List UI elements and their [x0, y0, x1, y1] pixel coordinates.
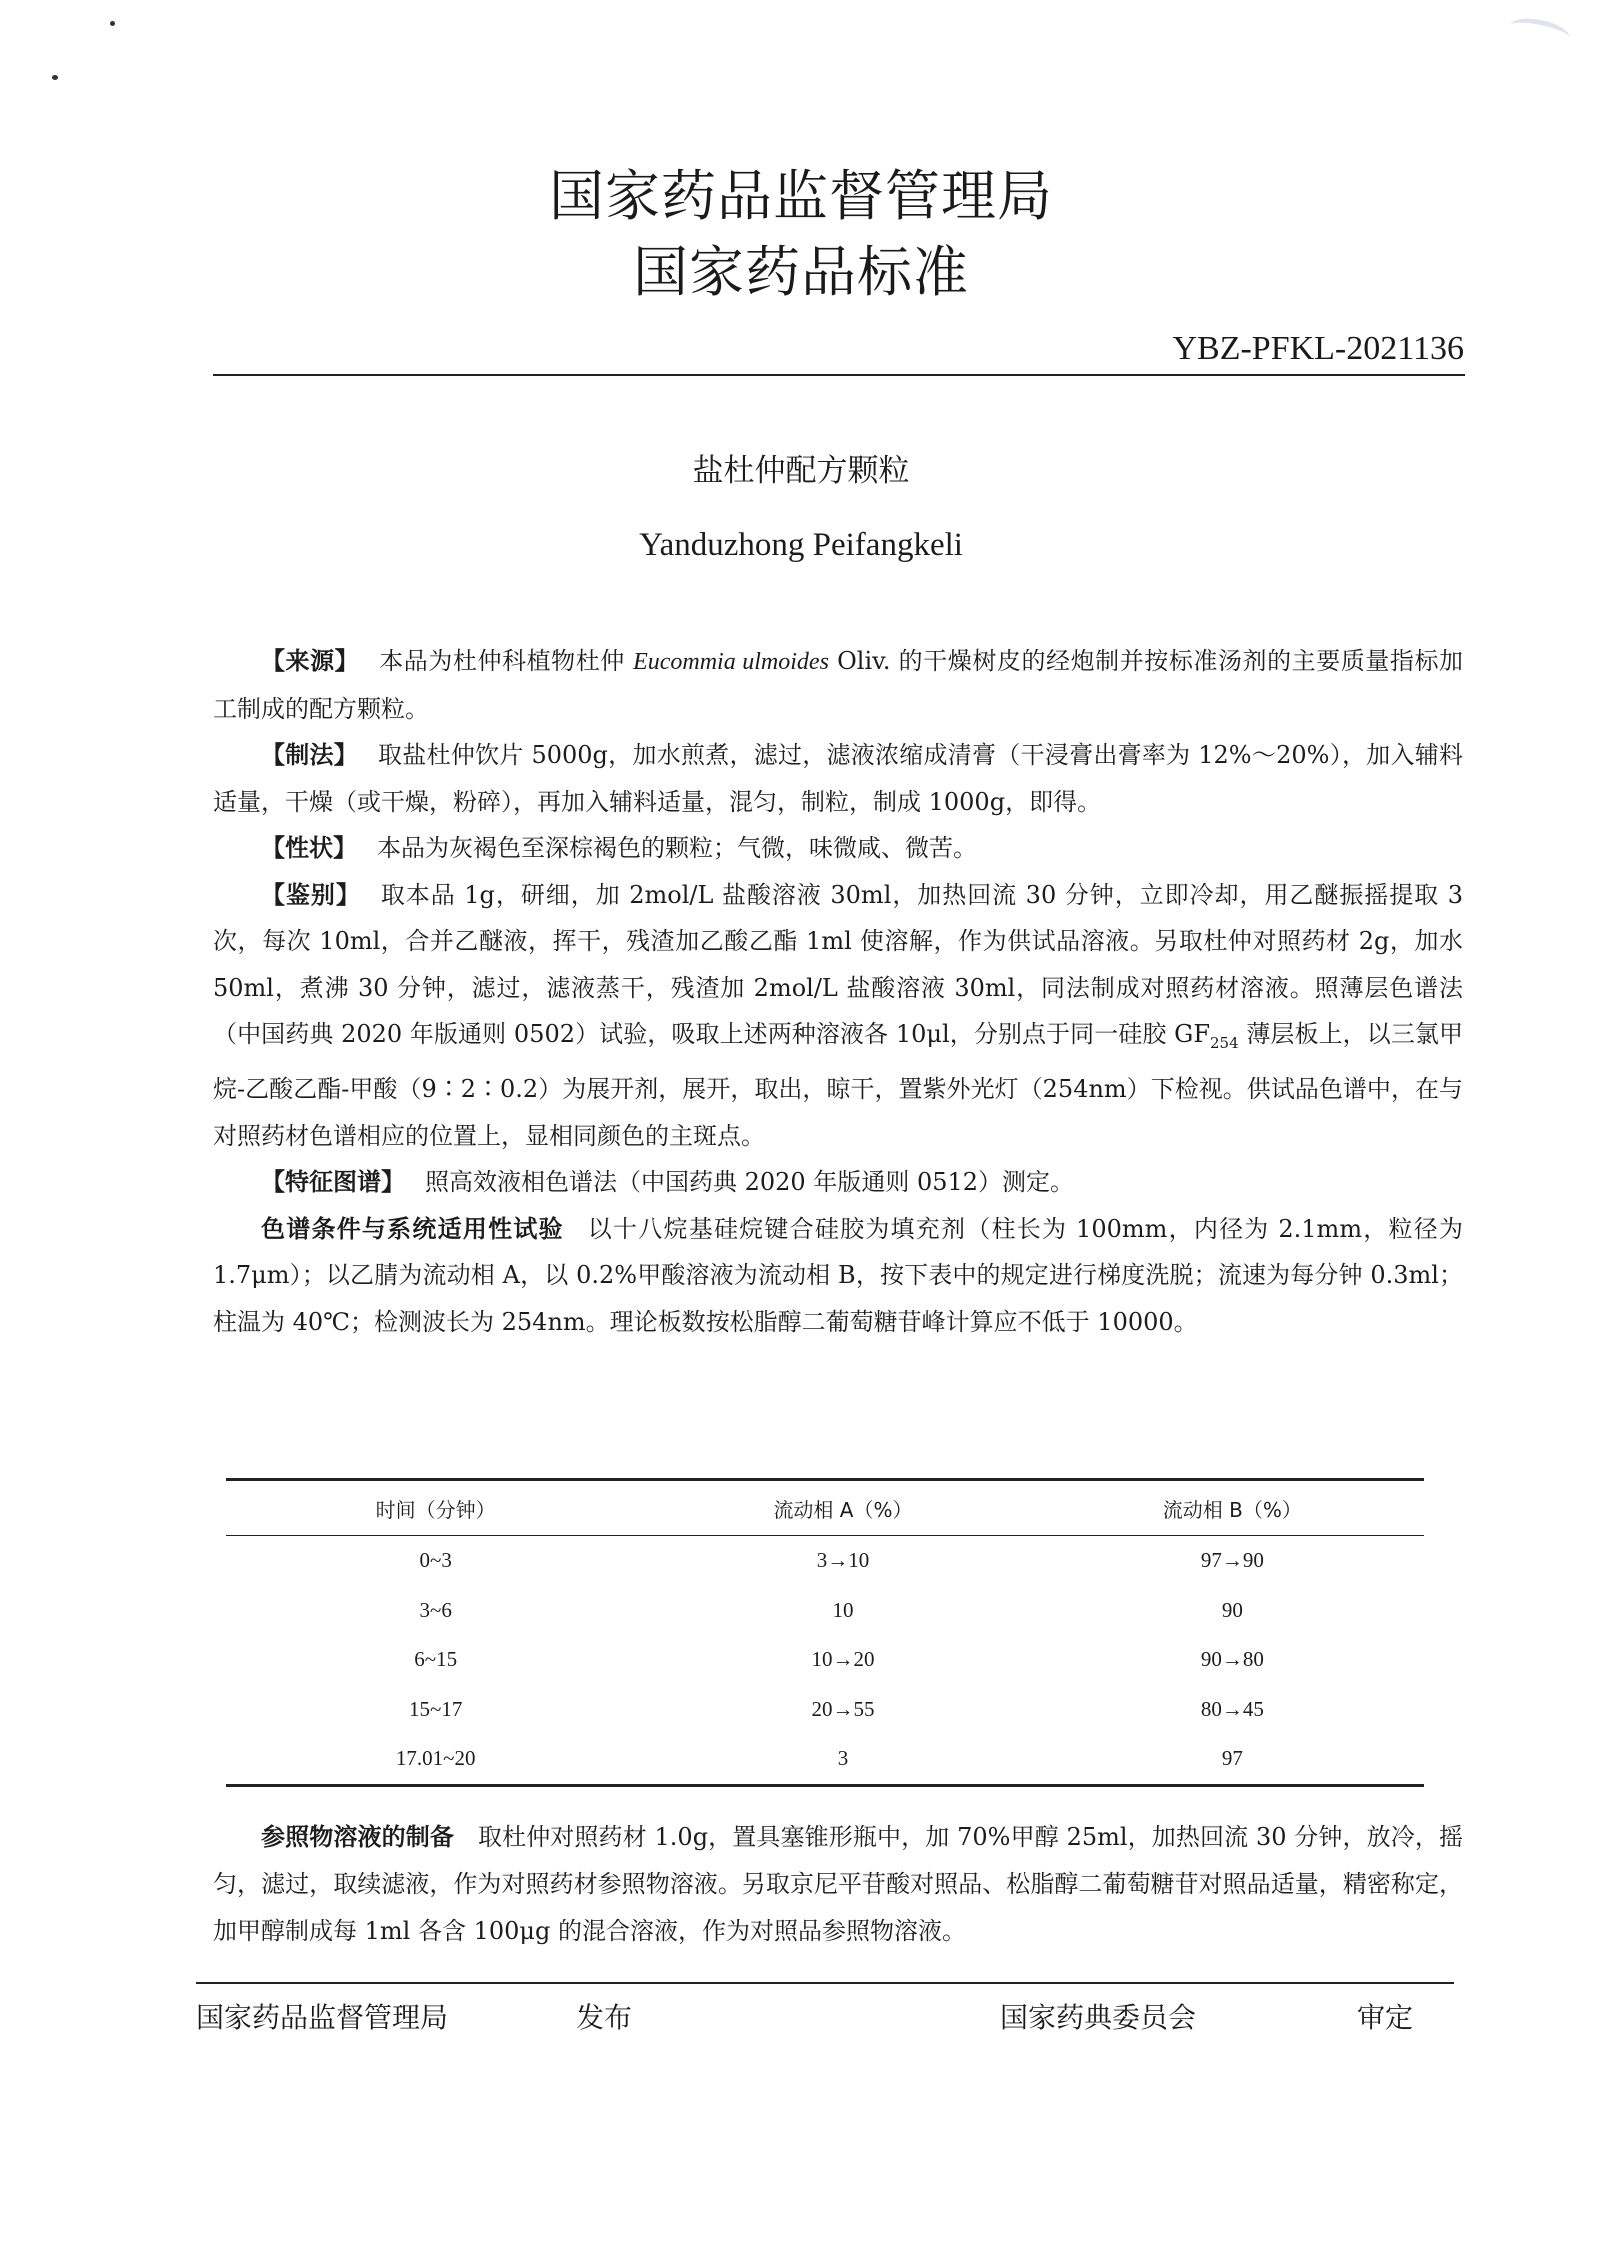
issuer-title: 国家药品监督管理局 — [0, 152, 1602, 231]
table-row: 6~15 10→20 90→80 — [226, 1635, 1424, 1685]
scan-speck — [52, 75, 58, 80]
section-description: 【性状】本品为灰褐色至深棕褐色的颗粒；气微，味微咸、微苦。 — [213, 825, 1463, 872]
scan-speck — [110, 21, 115, 26]
table-row: 15~17 20→55 80→45 — [226, 1685, 1424, 1735]
section-reference-solution: 参照物溶液的制备取杜仲对照药材 1.0g，置具塞锥形瓶中，加 70%甲醇 25m… — [213, 1814, 1463, 1955]
table-header-row: 时间（分钟） 流动相 A（%） 流动相 B（%） — [226, 1480, 1424, 1536]
product-name-cn: 盐杜仲配方颗粒 — [0, 445, 1602, 490]
section-label: 色谱条件与系统适用性试验 — [261, 1215, 564, 1243]
gradient-elution-table: 时间（分钟） 流动相 A（%） 流动相 B（%） 0~3 3→10 97→90 … — [226, 1478, 1424, 1787]
standard-number: YBZ-PFKL-2021136 — [1172, 330, 1464, 368]
section-label: 【来源】 — [261, 647, 359, 675]
section-preparation: 【制法】取盐杜仲饮片 5000g，加水煎煮，滤过，滤液浓缩成清膏（干浸膏出膏率为… — [213, 732, 1463, 825]
section-chromatographic-conditions: 色谱条件与系统适用性试验以十八烷基硅烷键合硅胶为填充剂（柱长为 100mm，内径… — [213, 1206, 1463, 1346]
section-label: 参照物溶液的制备 — [261, 1823, 454, 1851]
column-header-time: 时间（分钟） — [226, 1480, 645, 1536]
column-header-phase-a: 流动相 A（%） — [645, 1480, 1040, 1536]
latin-name: Eucommia ulmoides — [633, 649, 829, 675]
footer-reviewer: 国家药典委员会 — [1000, 1996, 1196, 2036]
footer-publisher: 国家药品监督管理局 — [196, 1996, 448, 2036]
document-type-title: 国家药品标准 — [0, 228, 1602, 307]
section-label: 【制法】 — [261, 741, 358, 769]
table-row: 0~3 3→10 97→90 — [226, 1536, 1424, 1586]
table-row: 3~6 10 90 — [226, 1586, 1424, 1636]
scan-smudge — [1508, 14, 1571, 49]
section-label: 【鉴别】 — [261, 881, 361, 909]
footer-review-action: 审定 — [1357, 1996, 1413, 2036]
section-fingerprint: 【特征图谱】照高效液相色谱法（中国药典 2020 年版通则 0512）测定。 — [213, 1159, 1463, 1206]
footer-publish-action: 发布 — [576, 1996, 632, 2036]
section-source: 【来源】本品为杜仲科植物杜仲 Eucommia ulmoides Oliv. 的… — [213, 638, 1463, 732]
reference-solution-section: 参照物溶液的制备取杜仲对照药材 1.0g，置具塞锥形瓶中，加 70%甲醇 25m… — [213, 1814, 1463, 1955]
section-identification: 【鉴别】取本品 1g，研细，加 2mol/L 盐酸溶液 30ml，加热回流 30… — [213, 872, 1463, 1160]
section-label: 【特征图谱】 — [261, 1168, 405, 1196]
section-label: 【性状】 — [261, 834, 357, 862]
monograph-body: 【来源】本品为杜仲科植物杜仲 Eucommia ulmoides Oliv. 的… — [213, 638, 1463, 1345]
header-divider — [213, 374, 1465, 376]
footer-divider — [196, 1982, 1454, 1984]
table-row: 17.01~20 3 97 — [226, 1734, 1424, 1785]
product-name-pinyin: Yanduzhong Peifangkeli — [0, 527, 1602, 564]
column-header-phase-b: 流动相 B（%） — [1041, 1480, 1424, 1536]
